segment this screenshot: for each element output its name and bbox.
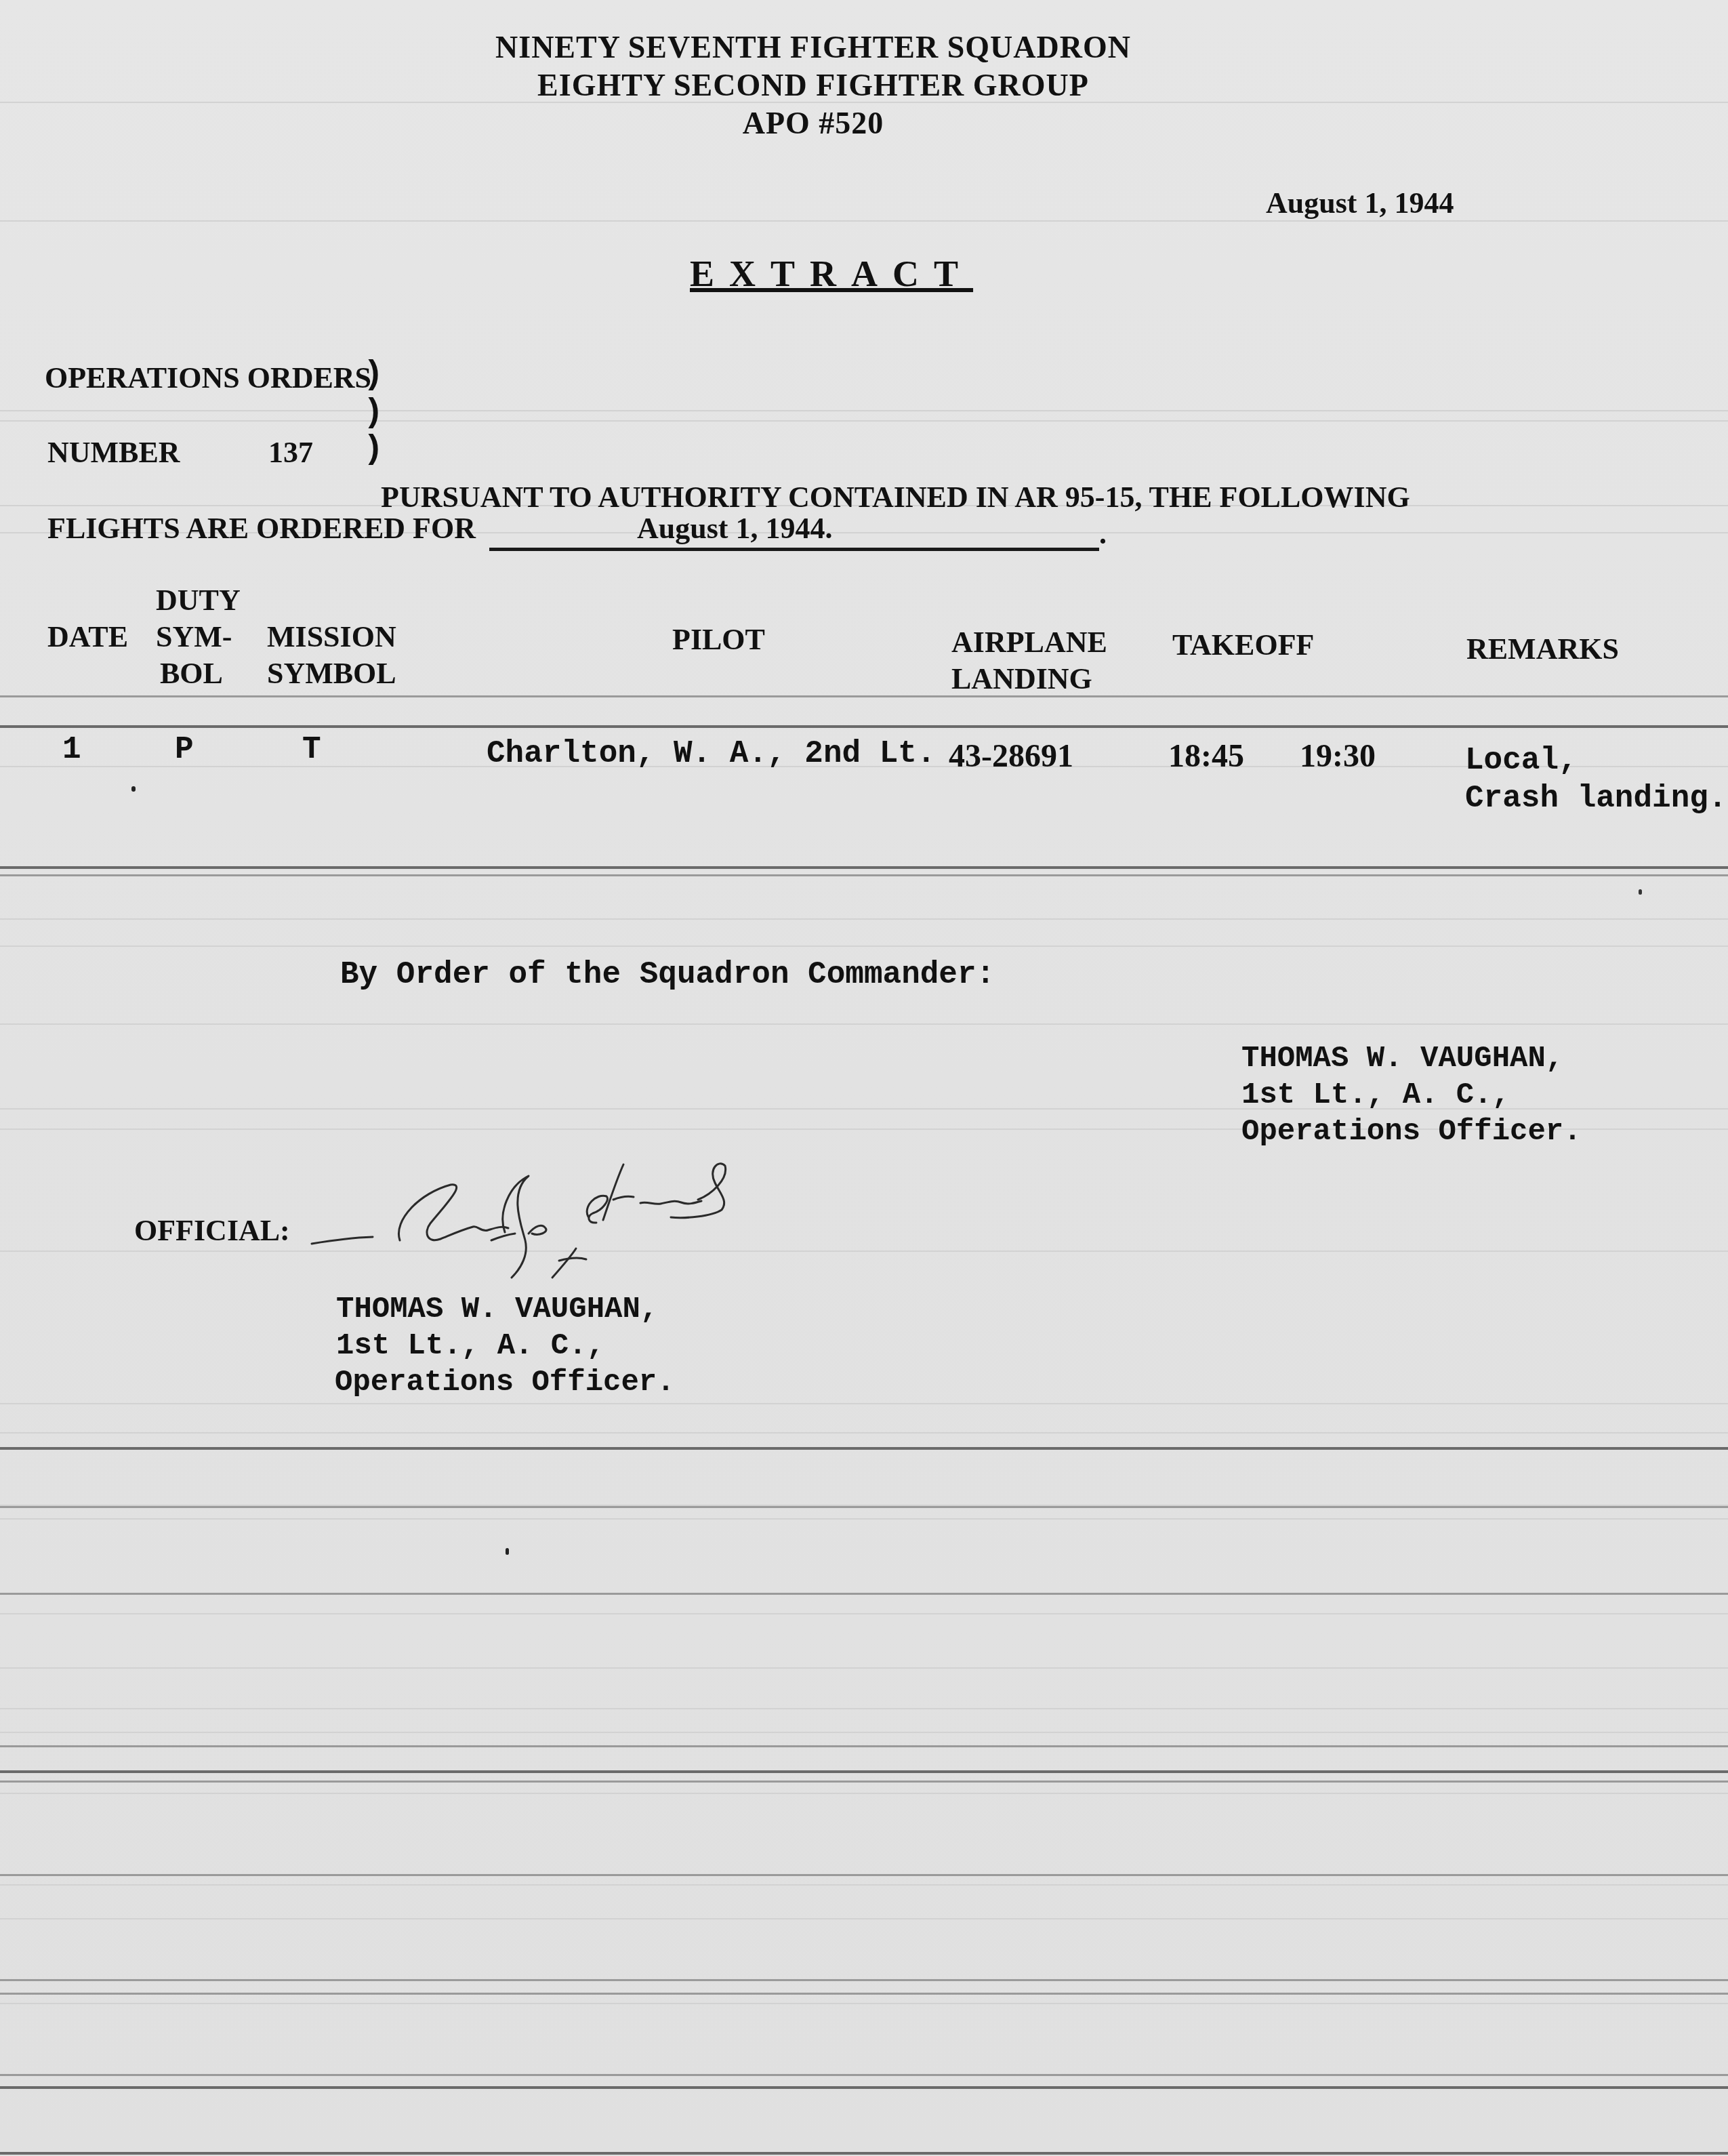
scan-line — [0, 1403, 1728, 1404]
speck — [1639, 889, 1642, 895]
scan-line — [0, 1793, 1728, 1794]
header-squadron: NINETY SEVENTH FIGHTER SQUADRON — [474, 30, 1152, 65]
cell-date: 1 — [62, 732, 81, 767]
cell-landing: 19:30 — [1300, 739, 1376, 774]
fill-in-underline — [489, 548, 1099, 551]
col-header-mission-symbol: SYMBOL — [267, 656, 396, 691]
scan-line — [0, 2074, 1728, 2076]
cell-mission-symbol: T — [302, 732, 321, 767]
scan-line — [0, 1993, 1728, 1995]
preamble-order-date: August 1, 1944. — [637, 511, 833, 546]
handwritten-signature — [305, 1152, 820, 1281]
scan-line — [0, 220, 1728, 222]
table-header-rule-top — [0, 695, 1728, 697]
cell-remarks-line2: Crash landing. — [1465, 781, 1727, 816]
col-header-airplane: AIRPLANE — [951, 625, 1107, 660]
scan-line — [0, 918, 1728, 920]
official-name: THOMAS W. VAUGHAN, — [336, 1292, 658, 1327]
orders-bracket: ) — [363, 358, 384, 393]
cell-remarks-line1: Local, — [1465, 743, 1578, 778]
cell-takeoff: 18:45 — [1168, 739, 1244, 774]
orders-bracket: ) — [363, 396, 384, 431]
scan-line — [0, 1613, 1728, 1614]
orders-label: OPERATIONS ORDERS — [45, 361, 371, 396]
scan-line — [0, 1781, 1728, 1783]
official-title: Operations Officer. — [335, 1365, 675, 1400]
col-header-takeoff: TAKEOFF — [1172, 628, 1314, 663]
official-rank: 1st Lt., A. C., — [336, 1328, 604, 1364]
scan-line — [0, 945, 1728, 947]
commander-rank: 1st Lt., A. C., — [1241, 1078, 1510, 1113]
table-header-rule — [0, 725, 1728, 728]
scan-line — [0, 1593, 1728, 1595]
scan-line — [0, 1432, 1728, 1433]
preamble-line1: PURSUANT TO AUTHORITY CONTAINED IN AR 95… — [381, 480, 1410, 515]
cell-airplane: 43-28691 — [949, 739, 1073, 774]
table-bottom-rule-2 — [0, 874, 1728, 876]
col-header-duty-symbol: SYM- — [156, 619, 232, 655]
col-header-landing: LANDING — [951, 662, 1092, 697]
cell-duty-symbol: P — [175, 732, 194, 767]
scan-line — [0, 1732, 1728, 1733]
document-page: NINETY SEVENTH FIGHTER SQUADRON EIGHTY S… — [0, 0, 1728, 2156]
preamble-line2-prefix: FLIGHTS ARE ORDERED FOR — [47, 511, 476, 546]
scan-line — [0, 1745, 1728, 1747]
scan-line — [0, 1667, 1728, 1669]
scan-line — [0, 2086, 1728, 2089]
scan-line — [0, 420, 1728, 422]
speck — [506, 1548, 509, 1555]
scan-line — [0, 1518, 1728, 1520]
orders-number: 137 — [268, 435, 313, 470]
scan-line — [0, 1979, 1728, 1981]
preamble-end-period: . — [1099, 516, 1107, 552]
official-label: OFFICIAL: — [134, 1213, 290, 1248]
scan-line — [0, 1447, 1728, 1450]
col-header-duty-symbol: BOL — [160, 656, 223, 691]
scan-line — [0, 1874, 1728, 1876]
document-date: August 1, 1944 — [1266, 186, 1454, 221]
scan-line — [0, 1506, 1728, 1508]
scan-line — [0, 2152, 1728, 2155]
by-order-line: By Order of the Squadron Commander: — [340, 957, 995, 992]
scan-line — [0, 1708, 1728, 1709]
orders-bracket: ) — [363, 432, 384, 468]
cell-pilot: Charlton, W. A., 2nd Lt. — [487, 736, 936, 771]
document-title: EXTRACT — [690, 256, 973, 291]
speck — [131, 786, 136, 792]
col-header-pilot: PILOT — [672, 622, 765, 657]
scan-line — [0, 410, 1728, 411]
col-header-remarks: REMARKS — [1466, 632, 1619, 667]
scan-line — [0, 2003, 1728, 2004]
scan-line — [0, 1884, 1728, 1886]
commander-name: THOMAS W. VAUGHAN, — [1241, 1041, 1563, 1076]
scan-line — [0, 1250, 1728, 1252]
col-header-mission-symbol: MISSION — [267, 619, 396, 655]
header-group: EIGHTY SECOND FIGHTER GROUP — [474, 68, 1152, 103]
table-bottom-rule — [0, 866, 1728, 869]
scan-line — [0, 1918, 1728, 1919]
scan-line — [0, 1770, 1728, 1773]
header-apo: APO #520 — [474, 106, 1152, 141]
scan-line — [0, 1023, 1728, 1025]
commander-title: Operations Officer. — [1241, 1114, 1582, 1150]
col-header-date: DATE — [47, 619, 128, 655]
orders-number-label: NUMBER — [47, 435, 180, 470]
col-header-duty-symbol: DUTY — [156, 583, 241, 618]
